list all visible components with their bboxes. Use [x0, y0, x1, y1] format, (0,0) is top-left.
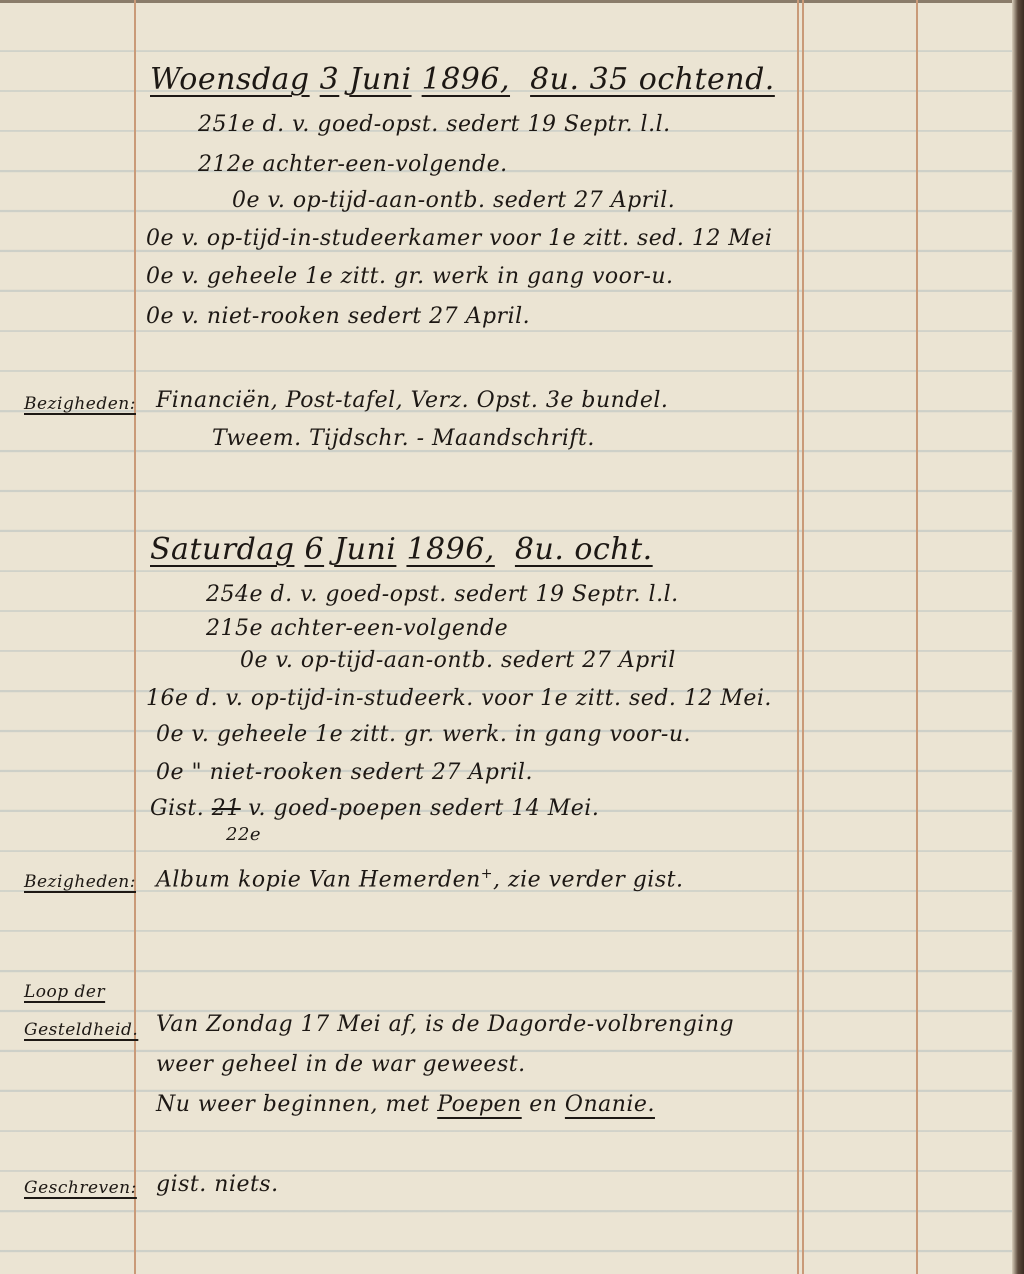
- entry-1-line-2: 212e achter-een-volgende.: [198, 152, 508, 177]
- entry-2-line-3: 0e v. op-tijd-aan-ontb. sedert 27 April: [240, 648, 676, 673]
- gesteldheid-line-3: Nu weer beginnen, met Poepen en Onanie.: [156, 1092, 655, 1117]
- entry-1-weekday: Woensdag: [150, 62, 310, 97]
- geschreven-line: gist. niets.: [156, 1172, 279, 1197]
- entry-2-line-6: 0e " niet-rooken sedert 27 April.: [156, 760, 533, 785]
- section-label-bezigheden-2: Bezigheden:: [24, 872, 136, 892]
- entry-2-day: 6: [305, 532, 325, 567]
- connector-word: en: [529, 1092, 557, 1117]
- struck-value: 21: [212, 796, 241, 821]
- entry-1-bezigheden-line-2: Tweem. Tijdschr. - Maandschrift.: [212, 426, 595, 451]
- entry-1-line-4: 0e v. op-tijd-in-studeerkamer voor 1e zi…: [146, 226, 772, 251]
- entry-1-bezigheden-line-1: Financiën, Post-tafel, Verz. Opst. 3e bu…: [156, 388, 668, 413]
- cross-mark: +: [481, 866, 493, 882]
- right-margin-line: [797, 0, 799, 1274]
- underlined-word-2: Onanie.: [565, 1092, 655, 1117]
- underlined-word-1: Poepen: [437, 1092, 521, 1117]
- entry-1-line-5: 0e v. geheele 1e zitt. gr. werk in gang …: [146, 264, 674, 289]
- entry-2-line-2: 215e achter-een-volgende: [206, 616, 508, 641]
- section-label-gesteldheid: Gesteldheid.: [24, 1020, 138, 1040]
- book-page-edge: [1012, 0, 1024, 1274]
- gesteldheid-line-1: Van Zondag 17 Mei af, is de Dagorde-volb…: [156, 1012, 734, 1037]
- entry-1-line-1: 251e d. v. goed-opst. sedert 19 Septr. l…: [198, 112, 671, 137]
- entry-2-month: Juni: [334, 532, 396, 567]
- entry-2-weekday: Saturdag: [150, 532, 294, 567]
- entry-1-year: 1896,: [422, 62, 510, 97]
- entry-2-time: 8u. ocht.: [515, 532, 653, 567]
- left-margin-line: [134, 0, 136, 1274]
- corrected-value: 22e: [226, 824, 261, 845]
- gesteldheid-text: Nu weer beginnen, met: [156, 1092, 430, 1117]
- entry-2-line-1: 254e d. v. goed-opst. sedert 19 Septr. l…: [206, 582, 679, 607]
- entry-2-bezigheden-line: Album kopie Van Hemerden+, zie verder gi…: [156, 866, 683, 892]
- section-label-geschreven: Geschreven:: [24, 1178, 137, 1198]
- entry-2-line-4: 16e d. v. op-tijd-in-studeerk. voor 1e z…: [146, 686, 772, 711]
- entry-1-heading: Woensdag 3 Juni 1896, 8u. 35 ochtend.: [150, 62, 775, 97]
- gesteldheid-line-2: weer geheel in de war geweest.: [156, 1052, 526, 1077]
- entry-1-line-6: 0e v. niet-rooken sedert 27 April.: [146, 304, 530, 329]
- entry-2-gist-line: Gist. 21 v. goed-poepen sedert 14 Mei.: [150, 796, 599, 821]
- gist-prefix: Gist.: [150, 796, 204, 821]
- entry-1-month: Juni: [349, 62, 411, 97]
- entry-2-year: 1896,: [406, 532, 494, 567]
- outer-margin-line: [916, 0, 918, 1274]
- entry-2-line-7: v. goed-poepen sedert 14 Mei.: [248, 796, 599, 821]
- entry-1-time: 8u. 35 ochtend.: [530, 62, 775, 97]
- right-margin-line-double: [802, 0, 804, 1274]
- bezigheden-text-cont: , zie verder gist.: [493, 867, 683, 892]
- entry-2-line-5: 0e v. geheele 1e zitt. gr. werk. in gang…: [156, 722, 691, 747]
- section-label-loop-der: Loop der: [24, 982, 105, 1002]
- page-top-edge: [0, 0, 1024, 3]
- entry-1-day: 3: [320, 62, 340, 97]
- section-label-bezigheden-1: Bezigheden:: [24, 394, 136, 414]
- diary-page: Woensdag 3 Juni 1896, 8u. 35 ochtend. 25…: [0, 0, 1012, 1274]
- entry-2-heading: Saturdag 6 Juni 1896, 8u. ocht.: [150, 532, 653, 567]
- entry-1-line-3: 0e v. op-tijd-aan-ontb. sedert 27 April.: [232, 188, 675, 213]
- bezigheden-text: Album kopie Van Hemerden: [156, 867, 481, 892]
